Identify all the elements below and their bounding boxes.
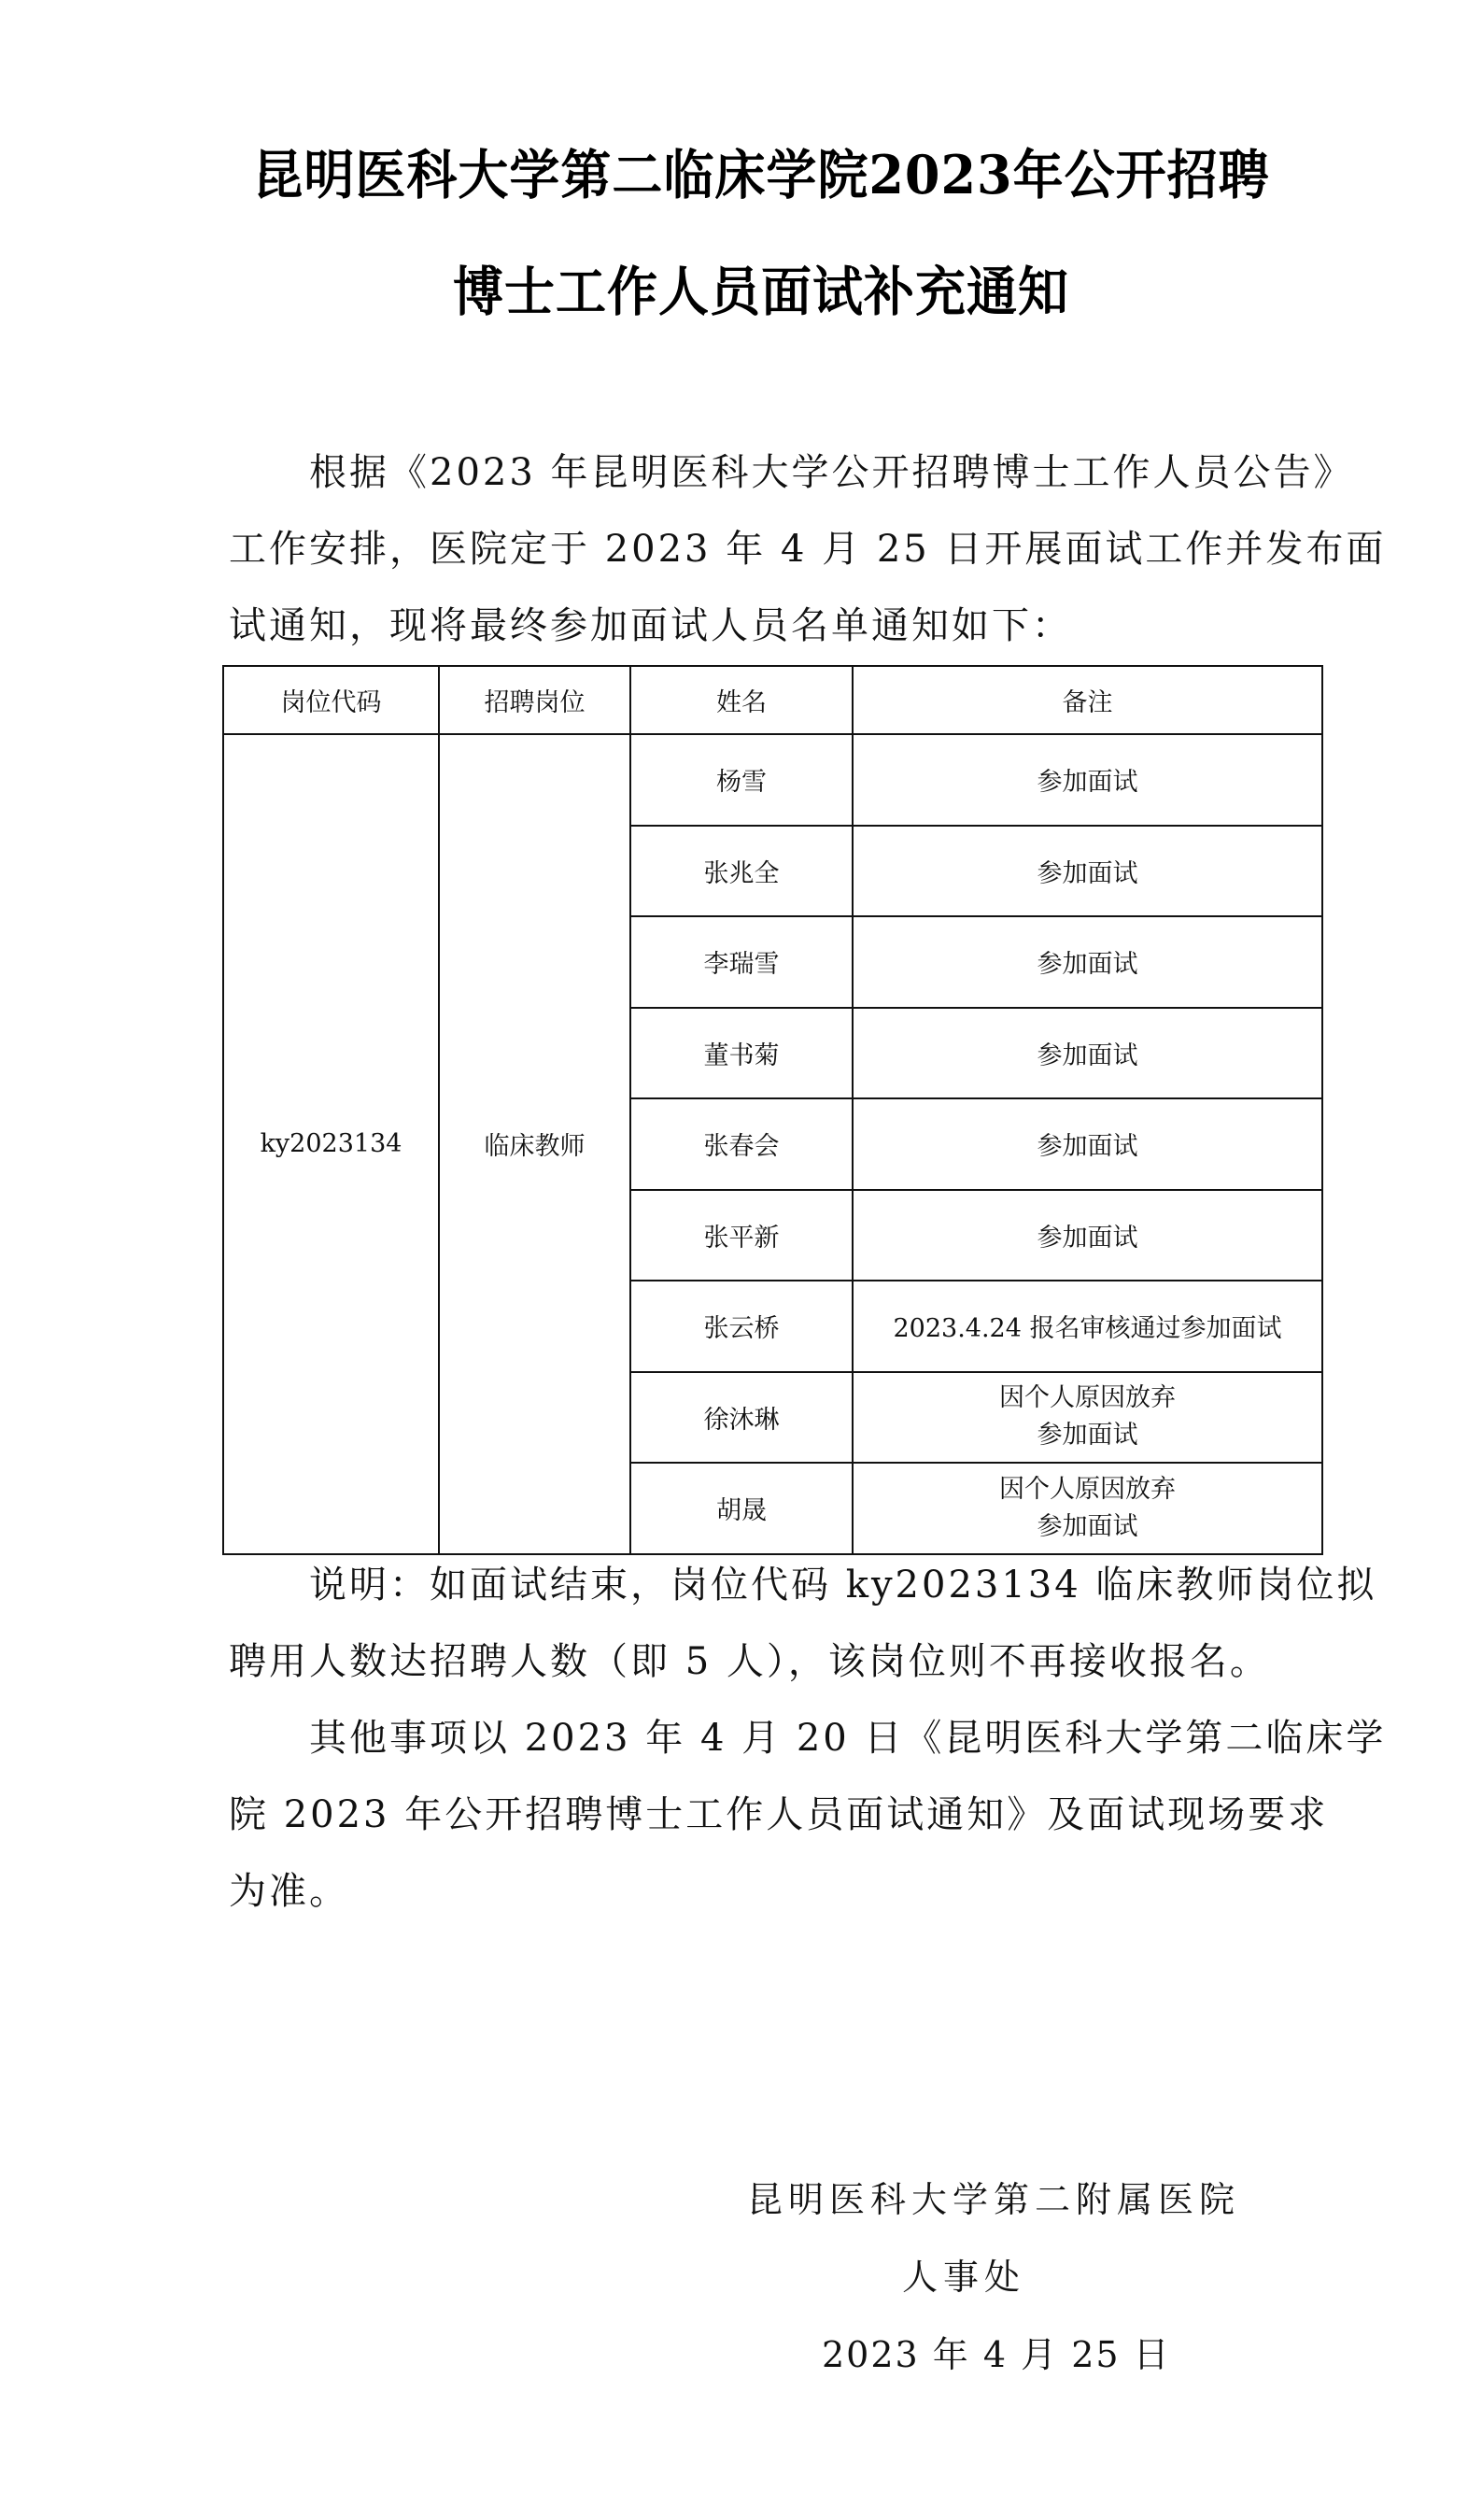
header-name: 姓名 <box>630 666 853 734</box>
other-line-1: 其他事项以 2023 年 4 月 20 日《昆明医科大学第二临床学 <box>309 1716 1298 1761</box>
other-line-2: 院 2023 年公开招聘博士工作人员面试通知》及面试现场要求 <box>229 1792 1298 1837</box>
note-line-2: 聘用人数达招聘人数（即 5 人），该岗位则不再接收报名。 <box>229 1639 1298 1684</box>
cell-remark: 参加面试 <box>853 1190 1322 1281</box>
document-title-line-1: 昆明医科大学第二临床学院2023年公开招聘 <box>0 143 1482 205</box>
cell-name: 李瑞雪 <box>630 916 853 1008</box>
header-position-code: 岗位代码 <box>223 666 439 734</box>
cell-remark: 参加面试 <box>853 826 1322 917</box>
cell-name: 张云桥 <box>630 1281 853 1372</box>
note-line-1: 说明：如面试结束，岗位代码 ky2023134 临床教师岗位拟 <box>309 1563 1298 1607</box>
document-title-line-2: 博士工作人员面试补充通知 <box>0 260 1482 322</box>
cell-position-name: 临床教师 <box>439 734 630 1554</box>
signature-organization: 昆明医科大学第二附属医院 <box>747 2178 1240 2221</box>
header-remark: 备注 <box>853 666 1322 734</box>
other-line-3: 为准。 <box>229 1869 1298 1914</box>
cell-name: 张兆全 <box>630 826 853 917</box>
intro-line-3: 试通知，现将最终参加面试人员名单通知如下： <box>229 603 1298 648</box>
remark-line-2: 参加面试 <box>854 1508 1321 1546</box>
remark-line-1: 因个人原因放弃 <box>854 1471 1321 1508</box>
interview-roster-table: 岗位代码 招聘岗位 姓名 备注 ky2023134 临床教师 杨雪 参加面试 张… <box>222 665 1323 1555</box>
signature-date: 2023 年 4 月 25 日 <box>822 2333 1171 2376</box>
cell-remark: 参加面试 <box>853 916 1322 1008</box>
cell-name: 胡晟 <box>630 1463 853 1554</box>
cell-remark: 参加面试 <box>853 1008 1322 1099</box>
cell-position-code: ky2023134 <box>223 734 439 1554</box>
cell-remark: 因个人原因放弃 参加面试 <box>853 1372 1322 1464</box>
table-row: ky2023134 临床教师 杨雪 参加面试 <box>223 734 1322 826</box>
header-position-name: 招聘岗位 <box>439 666 630 734</box>
cell-name: 张平新 <box>630 1190 853 1281</box>
remark-line-2: 参加面试 <box>854 1417 1321 1454</box>
cell-remark: 参加面试 <box>853 734 1322 826</box>
remark-line-1: 因个人原因放弃 <box>854 1380 1321 1417</box>
cell-name: 徐沐琳 <box>630 1372 853 1464</box>
cell-name: 董书菊 <box>630 1008 853 1099</box>
cell-remark: 因个人原因放弃 参加面试 <box>853 1463 1322 1554</box>
cell-remark: 2023.4.24 报名审核通过参加面试 <box>853 1281 1322 1372</box>
cell-name: 杨雪 <box>630 734 853 826</box>
intro-line-2: 工作安排，医院定于 2023 年 4 月 25 日开展面试工作并发布面 <box>229 527 1298 572</box>
signature-department: 人事处 <box>902 2256 1025 2299</box>
table-header-row: 岗位代码 招聘岗位 姓名 备注 <box>223 666 1322 734</box>
intro-line-1: 根据《2023 年昆明医科大学公开招聘博士工作人员公告》 <box>309 450 1298 495</box>
cell-remark: 参加面试 <box>853 1098 1322 1190</box>
cell-name: 张春会 <box>630 1098 853 1190</box>
